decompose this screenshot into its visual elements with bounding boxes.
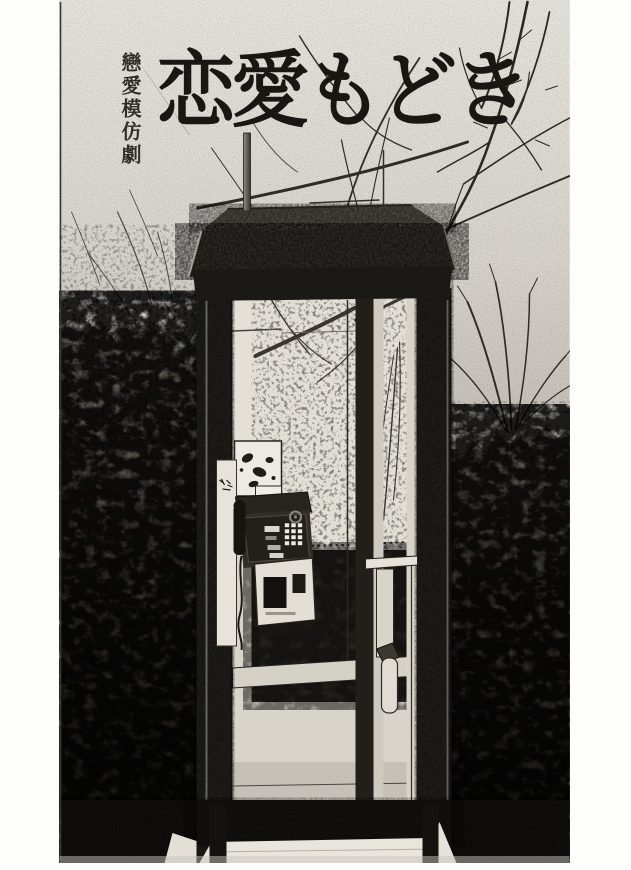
bush-left — [60, 300, 212, 863]
manga-page: 戀愛模仿劇 恋愛もどき — [0, 0, 631, 870]
door-frame — [348, 292, 418, 805]
phone-booth — [165, 133, 457, 863]
bush-right — [440, 405, 570, 863]
coin-return-door — [264, 577, 287, 608]
title-logo: 恋愛もどき — [157, 50, 527, 133]
payphone-handset — [234, 505, 246, 555]
handle-bar — [382, 658, 398, 713]
door-stile — [356, 292, 374, 805]
artwork-panel: 戀愛模仿劇 恋愛もどき — [59, 0, 570, 863]
door-edge-strip-left — [374, 292, 384, 805]
roof-underside — [193, 266, 453, 301]
interior-left-frame — [233, 292, 252, 460]
info-poster — [235, 441, 282, 498]
roof-pole — [244, 133, 251, 211]
sticker-strip — [217, 460, 237, 646]
bottom-edge-strip — [60, 856, 570, 863]
subtitle-vertical: 戀愛模仿劇 — [120, 52, 140, 167]
booth-roof — [189, 200, 456, 301]
booth-base — [197, 800, 452, 845]
payphone-display — [265, 526, 280, 532]
